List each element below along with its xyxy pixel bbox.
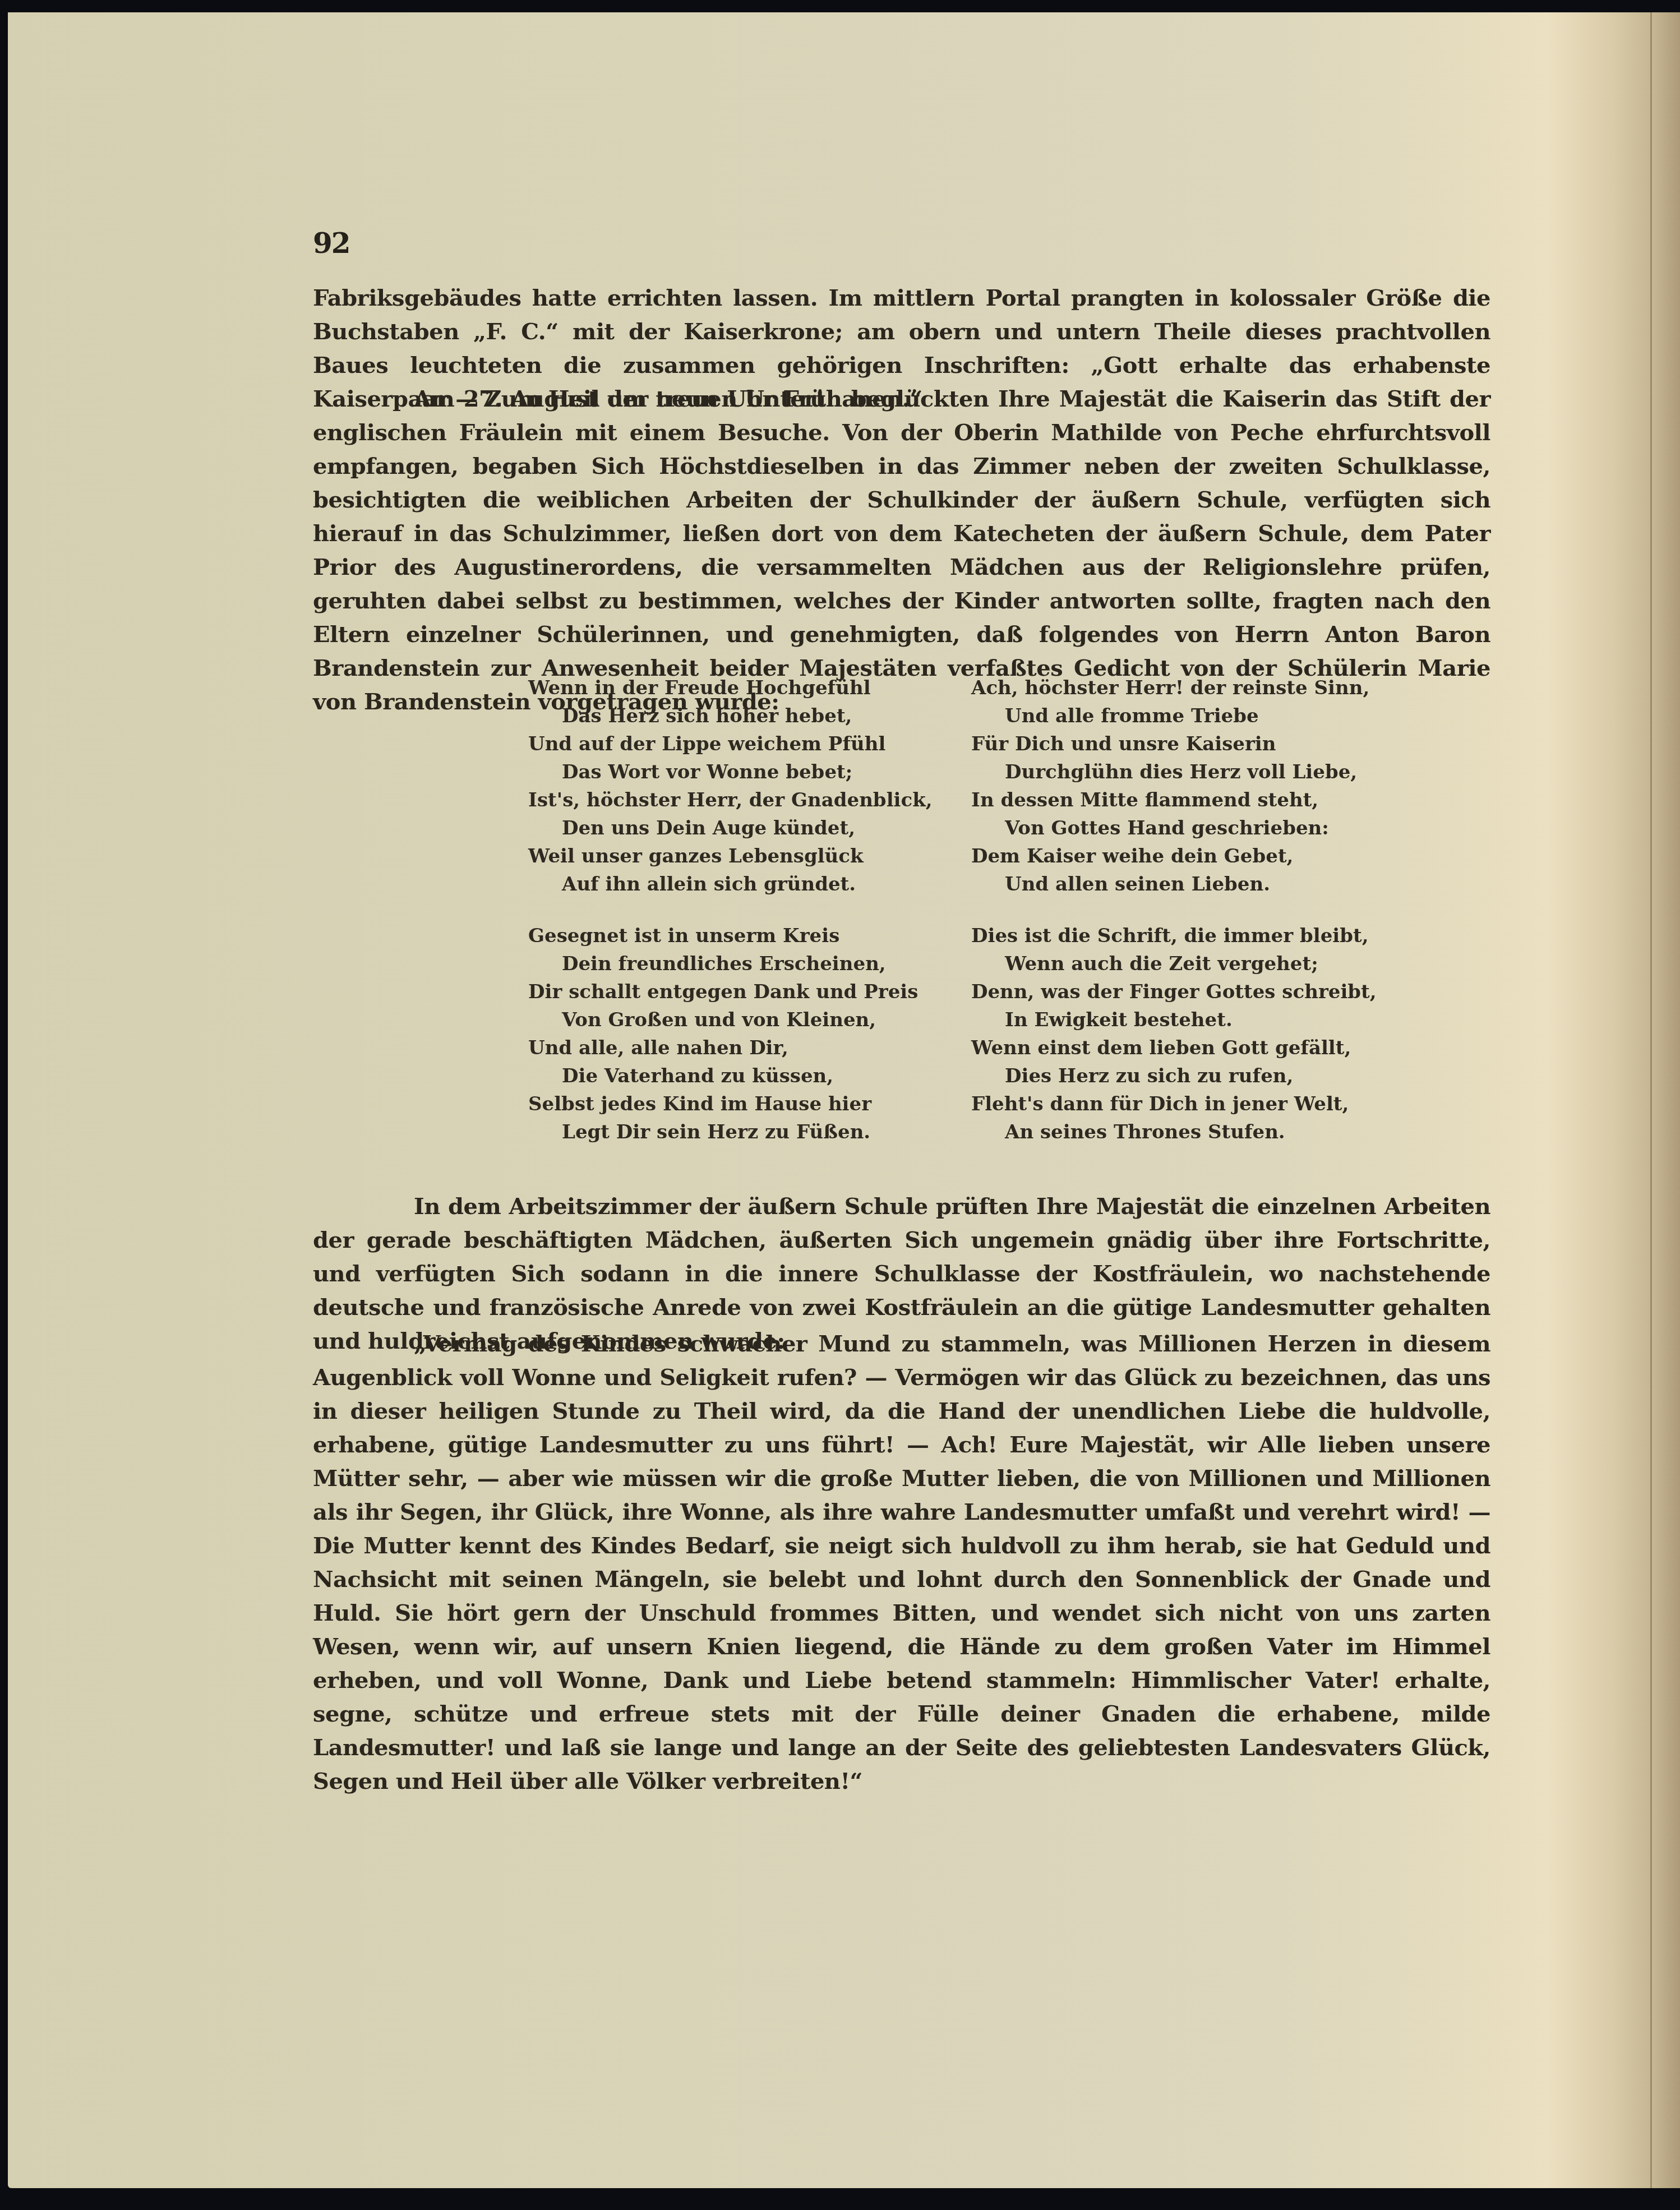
verse-line: Weil unser ganzes Lebensglück [528, 842, 921, 870]
stanza-1: Wenn in der Freude Hochgefühl Das Herz s… [528, 674, 921, 898]
paragraph-2: Am 27. August um neun Uhr Früh beglückte… [313, 382, 1490, 719]
verse-line: In dessen Mitte flammend steht, [971, 786, 1364, 814]
verse-line: Von Großen und von Kleinen, [528, 1006, 921, 1034]
verse-line: Dir schallt entgegen Dank und Preis [528, 978, 921, 1006]
verse-line: Das Wort vor Wonne bebet; [528, 758, 921, 786]
verse-line: Ist's, höchster Herr, der Gnadenblick, [528, 786, 921, 814]
verse-line: Ach, höchster Herr! der reinste Sinn, [971, 674, 1364, 702]
verse-line: Für Dich und unsre Kaiserin [971, 730, 1364, 758]
verse-line: Dem Kaiser weihe dein Gebet, [971, 842, 1364, 870]
verse-line: In Ewigkeit bestehet. [971, 1006, 1364, 1034]
verse-line: Wenn auch die Zeit vergehet; [971, 950, 1364, 978]
poem-right-column: Ach, höchster Herr! der reinste Sinn, Un… [971, 674, 1364, 1170]
verse-line: Die Vaterhand zu küssen, [528, 1062, 921, 1090]
verse-line: Und alle, alle nahen Dir, [528, 1034, 921, 1062]
verse-line: Selbst jedes Kind im Hause hier [528, 1090, 921, 1118]
verse-line: Wenn einst dem lieben Gott gefällt, [971, 1034, 1364, 1062]
verse-line: Auf ihn allein sich gründet. [528, 870, 921, 898]
verse-line: Dies Herz zu sich zu rufen, [971, 1062, 1364, 1090]
paragraph-4-speech: „Vermag des Kindes schwacher Mund zu sta… [313, 1327, 1490, 1798]
poem-left-column: Wenn in der Freude Hochgefühl Das Herz s… [528, 674, 921, 1170]
poem: Wenn in der Freude Hochgefühl Das Herz s… [528, 674, 1369, 1170]
verse-line: Und auf der Lippe weichem Pfühl [528, 730, 921, 758]
verse-line: Dies ist die Schrift, die immer bleibt, [971, 922, 1364, 950]
verse-line: Gesegnet ist in unserm Kreis [528, 922, 921, 950]
verse-line: Wenn in der Freude Hochgefühl [528, 674, 921, 702]
verse-line: Den uns Dein Auge kündet, [528, 814, 921, 842]
verse-line: Von Gottes Hand geschrieben: [971, 814, 1364, 842]
stanza-3: Ach, höchster Herr! der reinste Sinn, Un… [971, 674, 1364, 898]
book-page: 92 Fabriksgebäudes hatte errichten lasse… [8, 12, 1680, 2188]
verse-line: Dein freundliches Erscheinen, [528, 950, 921, 978]
verse-line: Und allen seinen Lieben. [971, 870, 1364, 898]
verse-line: Durchglühn dies Herz voll Liebe, [971, 758, 1364, 786]
stanza-2: Gesegnet ist in unserm Kreis Dein freund… [528, 922, 921, 1146]
verse-line: Denn, was der Finger Gottes schreibt, [971, 978, 1364, 1006]
verse-line: Das Herz sich höher hebet, [528, 702, 921, 730]
stanza-4: Dies ist die Schrift, die immer bleibt, … [971, 922, 1364, 1146]
page-edge [1650, 12, 1680, 2188]
verse-line: An seines Thrones Stufen. [971, 1118, 1364, 1146]
page-number: 92 [313, 227, 350, 260]
verse-line: Legt Dir sein Herz zu Füßen. [528, 1118, 921, 1146]
verse-line: Fleht's dann für Dich in jener Welt, [971, 1090, 1364, 1118]
verse-line: Und alle fromme Triebe [971, 702, 1364, 730]
